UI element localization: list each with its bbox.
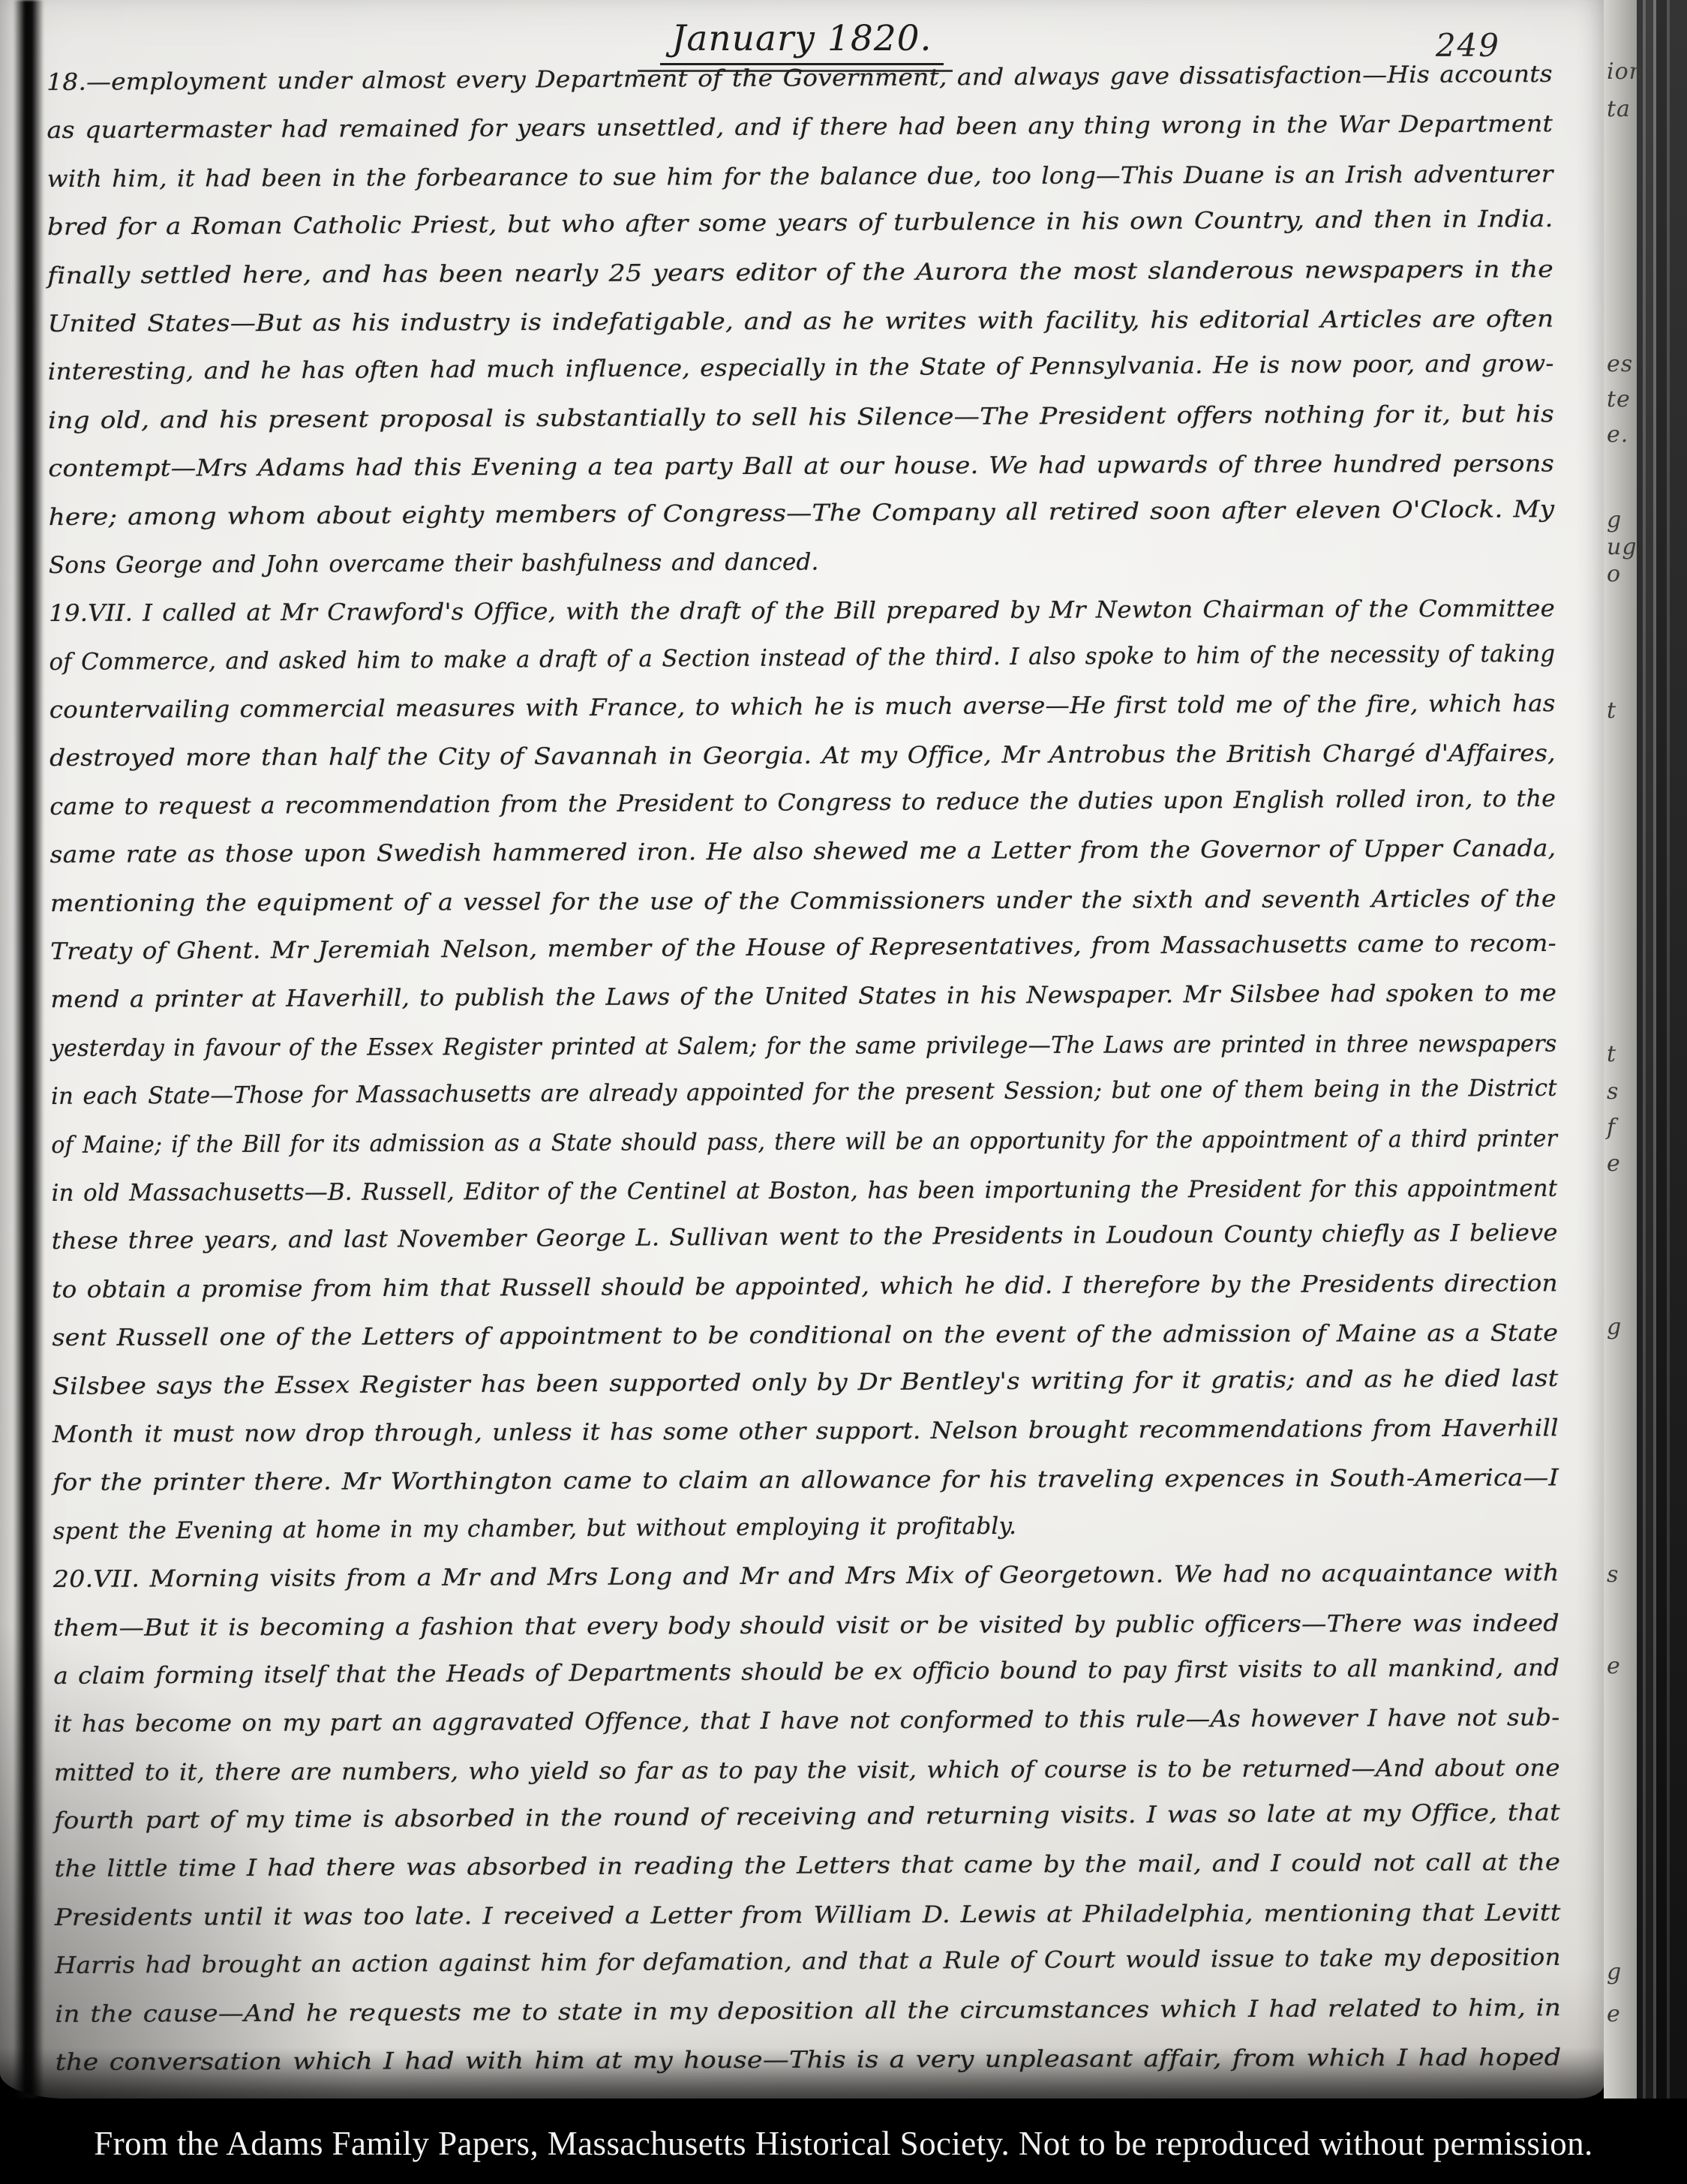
- margin-fragment: ion: [1607, 58, 1644, 85]
- manuscript-line: for the printer there. Mr Worthington ca…: [53, 1453, 1559, 1507]
- manuscript-line: contempt—Mrs Adams had this Evening a te…: [48, 438, 1554, 493]
- manuscript-line: sent Russell one of the Letters of appoi…: [52, 1307, 1558, 1362]
- manuscript-line: 18.—employment under almost every Depart…: [47, 52, 1553, 106]
- manuscript-line: the little time I had there was absorbed…: [54, 1839, 1560, 1894]
- manuscript-line: bred for a Roman Catholic Priest, but wh…: [47, 196, 1553, 251]
- margin-fragments: iontaestee.gugottsfegsege: [1605, 0, 1647, 2098]
- manuscript-line: in the cause—And he requests me to state…: [55, 1984, 1561, 2038]
- manuscript-line: these three years, and last November Geo…: [52, 1211, 1558, 1266]
- manuscript-line: mitted to it, there are numbers, who yie…: [54, 1742, 1560, 1797]
- manuscript-line: 20.VII. Morning visits from a Mr and Mrs…: [53, 1549, 1559, 1603]
- manuscript-line: as quartermaster had remained for years …: [47, 100, 1553, 155]
- manuscript-line: yesterday in favour of the Essex Registe…: [51, 1018, 1557, 1072]
- manuscript-line: same rate as those upon Swedish hammered…: [50, 824, 1556, 879]
- margin-fragment: ta: [1607, 96, 1631, 122]
- margin-fragment: t: [1607, 1041, 1616, 1067]
- margin-fragment: t: [1607, 697, 1616, 724]
- margin-fragment: ug: [1607, 534, 1637, 560]
- manuscript-line: Harris had brought an action against him…: [55, 1935, 1561, 1990]
- manuscript-line: Presidents until it was too late. I rece…: [55, 1887, 1561, 1942]
- margin-fragment: e.: [1607, 421, 1628, 448]
- caption-band: From the Adams Family Papers, Massachuse…: [0, 2098, 1687, 2184]
- margin-fragment: g: [1607, 1314, 1622, 1340]
- manuscript-line: destroyed more than half the City of Sav…: [50, 728, 1556, 783]
- margin-fragment: es: [1607, 351, 1633, 377]
- margin-fragment: s: [1607, 1078, 1619, 1105]
- manuscript-text: 18.—employment under almost every Depart…: [47, 52, 1562, 2086]
- manuscript-line: of Commerce, and asked him to make a dra…: [49, 631, 1555, 686]
- manuscript-line: ing old, and his present proposal is sub…: [48, 390, 1554, 445]
- margin-fragment: o: [1607, 561, 1621, 587]
- manuscript-line: finally settled here, and has been nearl…: [47, 245, 1553, 300]
- manuscript-line: in old Massachusetts—B. Russell, Editor …: [51, 1162, 1557, 1217]
- margin-fragment: e: [1607, 1150, 1621, 1177]
- manuscript-line: them—But it is becoming a fashion that e…: [53, 1597, 1559, 1652]
- scanned-diary-page: January 1820. 249 18.—employment under a…: [0, 0, 1687, 2184]
- manuscript-line: Silsbee says the Essex Register has been…: [53, 1356, 1559, 1411]
- manuscript-line: in each State—Those for Massachusetts ar…: [51, 1066, 1557, 1120]
- margin-fragment: f: [1607, 1114, 1616, 1141]
- margin-fragment: e: [1607, 2001, 1621, 2027]
- manuscript-line: here; among whom about eighty members of…: [49, 487, 1555, 541]
- manuscript-line: spent the Evening at home in my chamber,…: [53, 1501, 1559, 1555]
- margin-fragment: te: [1607, 386, 1631, 412]
- margin-fragment: e: [1607, 1653, 1621, 1679]
- manuscript-line: Treaty of Ghent. Mr Jeremiah Nelson, mem…: [50, 921, 1556, 976]
- manuscript-line: mend a printer at Haverhill, to publish …: [50, 970, 1556, 1024]
- manuscript-line: fourth part of my time is absorbed in th…: [54, 1790, 1560, 1845]
- manuscript-line: interesting, and he has often had much i…: [48, 342, 1554, 397]
- manuscript-line: mentioning the equipment of a vessel for…: [50, 873, 1556, 928]
- manuscript-line: came to request a recommendation from th…: [50, 776, 1556, 831]
- manuscript-page: January 1820. 249 18.—employment under a…: [0, 0, 1604, 2098]
- book-gutter-shadow: [14, 0, 44, 2098]
- manuscript-line: a claim forming itself that the Heads of…: [53, 1645, 1559, 1700]
- margin-fragment: g: [1607, 1959, 1622, 1985]
- margin-fragment: g: [1607, 507, 1622, 533]
- manuscript-line: countervailing commercial measures with …: [50, 679, 1556, 734]
- manuscript-line: of Maine; if the Bill for its admission …: [51, 1114, 1557, 1169]
- page-bottom-shadow: [0, 2047, 1604, 2098]
- margin-fragment: s: [1607, 1561, 1619, 1588]
- manuscript-line: it has become on my part an aggravated O…: [54, 1693, 1560, 1748]
- manuscript-line: with him, it had been in the forbearance…: [47, 148, 1553, 203]
- caption-text: From the Adams Family Papers, Massachuse…: [94, 2119, 1592, 2163]
- manuscript-line: 19.VII. I called at Mr Crawford's Office…: [49, 583, 1555, 638]
- manuscript-line: to obtain a promise from him that Russel…: [52, 1259, 1558, 1314]
- manuscript-line: Month it must now drop through, unless i…: [53, 1404, 1559, 1459]
- manuscript-line: United States—But as his industry is ind…: [47, 293, 1553, 348]
- manuscript-line: Sons George and John overcame their bash…: [49, 535, 1555, 589]
